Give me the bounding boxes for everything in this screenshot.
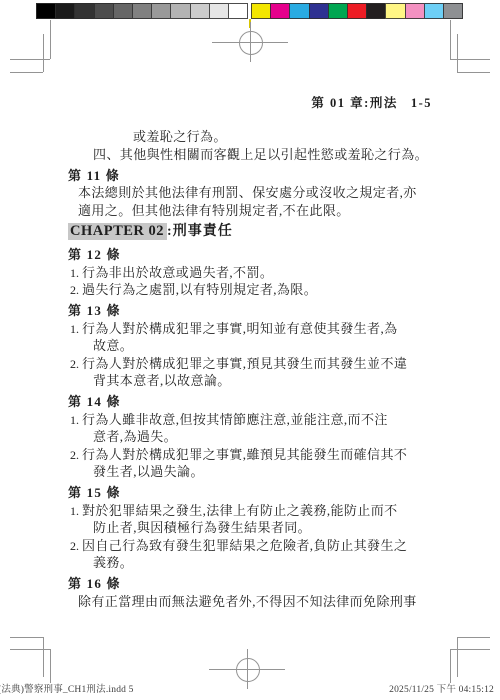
crosshair-circle [239, 31, 263, 55]
law-text-line: 2.過失行為之處罰,以有特別規定者,為限。 [68, 281, 444, 299]
crop-line [10, 649, 50, 650]
article-heading: 第 13 條 [68, 302, 444, 320]
crop-line [43, 637, 44, 677]
calibration-swatch [347, 3, 367, 19]
crop-line [450, 20, 451, 59]
law-text-line: 除有正當理由而無法避免者外,不得因不知法律而免除刑事 [68, 593, 444, 611]
grayscale-calibration-bar [37, 3, 248, 19]
calibration-swatch [289, 3, 309, 19]
calibration-swatch [228, 3, 248, 19]
item-text: 對於犯罪結果之發生,法律上有防止之義務,能防止而不 [82, 503, 398, 518]
law-text-body: 或羞恥之行為。四、其他與性相關而客觀上足以引起性慾或羞恥之行為。第 11 條本法… [68, 128, 444, 610]
item-text: 行為人對於構成犯罪之事實,明知並有意使其發生者,為 [82, 321, 398, 336]
law-text-line: 2.行為人對於構成犯罪之事實,雖預見其能發生而確信其不 [68, 446, 444, 464]
running-header: 第 01 章:刑法1-5 [311, 93, 432, 111]
calibration-swatch [132, 3, 152, 19]
law-text-line: 防止者,與因積極行為發生結果者同。 [68, 519, 444, 537]
article-heading: 第 16 條 [68, 575, 444, 593]
law-text-line: 1.行為非出於故意或過失者,不罰。 [68, 264, 444, 282]
item-text: 行為人對於構成犯罪之事實,雖預見其能發生而確信其不 [82, 447, 407, 462]
law-text-line: 本法總則於其他法律有刑罰、保安處分或沒收之規定者,亦 [68, 184, 444, 202]
item-text: 行為非出於故意或過失者,不罰。 [82, 265, 273, 280]
calibration-swatch [405, 3, 425, 19]
crosshair-circle [236, 658, 260, 682]
law-text-line: 四、其他與性相關而客觀上足以引起性慾或羞恥之行為。 [68, 146, 444, 164]
chapter-heading: CHAPTER 02:刑事責任 [68, 221, 444, 240]
chapter-header-label: 第 01 章:刑法 [311, 96, 397, 110]
calibration-swatch [270, 3, 290, 19]
calibration-swatch [366, 3, 386, 19]
item-number: 1. [70, 265, 82, 283]
article-heading: 第 12 條 [68, 246, 444, 264]
item-number: 1. [70, 321, 82, 339]
calibration-swatch [251, 3, 271, 19]
law-text-line: 意者,為過失。 [68, 428, 444, 446]
law-text-line: 或羞恥之行為。 [68, 128, 444, 146]
law-text-line: 故意。 [68, 337, 444, 355]
calibration-swatch [151, 3, 171, 19]
crop-line [457, 34, 458, 72]
item-number: 2. [70, 538, 82, 556]
color-calibration-bar [252, 3, 463, 19]
item-number: 2. [70, 356, 82, 374]
calibration-swatch [113, 3, 133, 19]
calibration-swatch [55, 3, 75, 19]
calibration-swatch [74, 3, 94, 19]
calibration-swatch [190, 3, 210, 19]
item-number: 2. [70, 282, 82, 300]
article-heading: 第 11 條 [68, 167, 444, 185]
article-heading: 第 15 條 [68, 484, 444, 502]
crop-line [450, 59, 490, 60]
chapter-number-label: CHAPTER 02 [68, 223, 167, 240]
page-number: 1-5 [411, 96, 432, 110]
item-number: 1. [70, 503, 82, 521]
calibration-swatch [36, 3, 56, 19]
calibration-swatch [209, 3, 229, 19]
crop-line [457, 637, 458, 677]
item-text: 因自己行為致有發生犯罪結果之危險者,負防止其發生之 [82, 538, 407, 553]
crop-line [450, 649, 490, 650]
law-text-line: 2.因自己行為致有發生犯罪結果之危險者,負防止其發生之 [68, 537, 444, 555]
item-text: 行為人對於構成犯罪之事實,預見其發生而其發生並不違 [82, 356, 407, 371]
crop-line [10, 59, 50, 60]
law-text-line: 適用之。但其他法律有特別規定者,不在此限。 [68, 202, 444, 220]
crop-line [50, 20, 51, 59]
law-text-line: 義務。 [68, 554, 444, 572]
item-text: 行為人雖非故意,但按其情節應注意,並能注意,而不注 [82, 412, 388, 427]
footer-timestamp: 2025/11/25 下午 04:15:12 [389, 681, 494, 695]
footer-filename: (法典)警察刑事_CH1刑法.indd 5 [0, 681, 134, 695]
calibration-swatch [443, 3, 463, 19]
crop-line [10, 72, 43, 73]
crop-line [457, 637, 490, 638]
calibration-swatch [94, 3, 114, 19]
chapter-title-label: :刑事責任 [167, 224, 233, 239]
crop-line [10, 637, 43, 638]
crop-line [457, 72, 490, 73]
calibration-swatch [385, 3, 405, 19]
calibration-swatch [170, 3, 190, 19]
calibration-swatch [309, 3, 329, 19]
crop-line [50, 649, 51, 683]
scanned-book-page: 第 01 章:刑法1-5 或羞恥之行為。四、其他與性相關而客觀上足以引起性慾或羞… [0, 0, 500, 700]
article-heading: 第 14 條 [68, 393, 444, 411]
calibration-swatch [328, 3, 348, 19]
law-text-line: 背其本意者,以故意論。 [68, 372, 444, 390]
item-number: 1. [70, 412, 82, 430]
item-number: 2. [70, 447, 82, 465]
crop-line [43, 34, 44, 72]
law-text-line: 1.行為人對於構成犯罪之事實,明知並有意使其發生者,為 [68, 320, 444, 338]
crop-line [450, 649, 451, 683]
calibration-swatch [424, 3, 444, 19]
law-text-line: 2.行為人對於構成犯罪之事實,預見其發生而其發生並不違 [68, 355, 444, 373]
item-text: 過失行為之處罰,以有特別規定者,為限。 [82, 282, 317, 297]
law-text-line: 1.行為人雖非故意,但按其情節應注意,並能注意,而不注 [68, 411, 444, 429]
law-text-line: 發生者,以過失論。 [68, 463, 444, 481]
law-text-line: 1.對於犯罪結果之發生,法律上有防止之義務,能防止而不 [68, 502, 444, 520]
